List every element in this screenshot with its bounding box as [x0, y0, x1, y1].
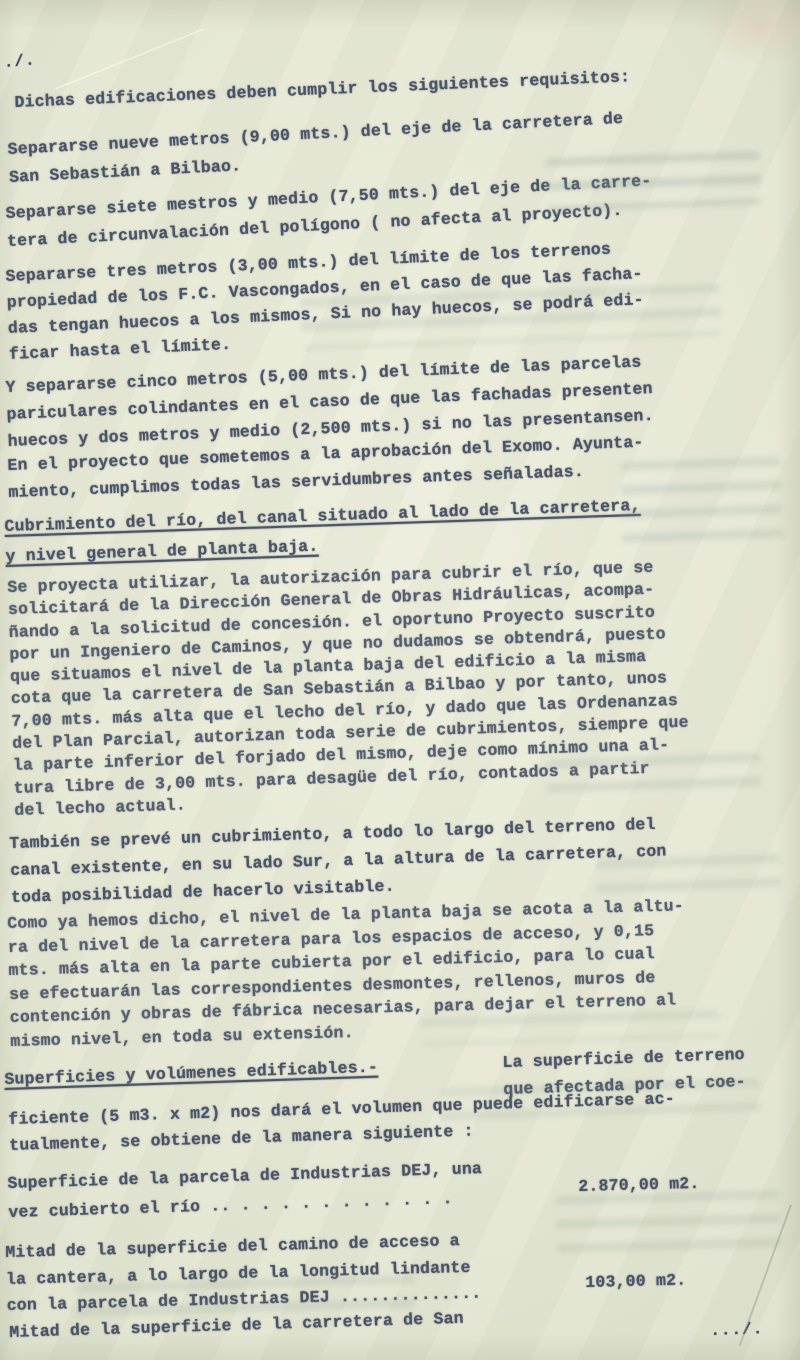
scratch-mark	[55, 28, 204, 90]
paragraph-separation-3m: Separarse tres metros (3,00 mts.) del lí…	[5, 235, 645, 368]
paragraph-cubrimiento-canal: También se prevé un cubrimiento, a todo …	[9, 811, 668, 911]
item-mitad-camino-value: 103,00 m2.	[585, 1268, 687, 1296]
continuation-mark-top: ./.	[3, 51, 36, 72]
item-superficie-parcela-value: 2.870,00 m2.	[578, 1171, 700, 1200]
item-mitad-camino: Mitad de la superficie del camino de acc…	[5, 1228, 482, 1320]
paragraph-coeficiente: ficiente (5 m3. x m2) nos dará el volume…	[8, 1086, 676, 1159]
heading-superficies-volumenes: Superficies y volúmenes edificables.-	[4, 1055, 378, 1093]
continuation-mark-bottom: .../.	[710, 1320, 764, 1340]
document-page: ./. Dichas edificaciones deben cumplir l…	[0, 0, 800, 1360]
item-superficie-parcela: Superficie de la parcela de Industrias D…	[7, 1154, 483, 1227]
paragraph-nivel-planta-baja: Como ya hemos dicho, el nivel de la plan…	[7, 894, 687, 1053]
paragraph-cubrimiento-detalle: Se proyecta utilizar, la autorización pa…	[7, 556, 691, 822]
